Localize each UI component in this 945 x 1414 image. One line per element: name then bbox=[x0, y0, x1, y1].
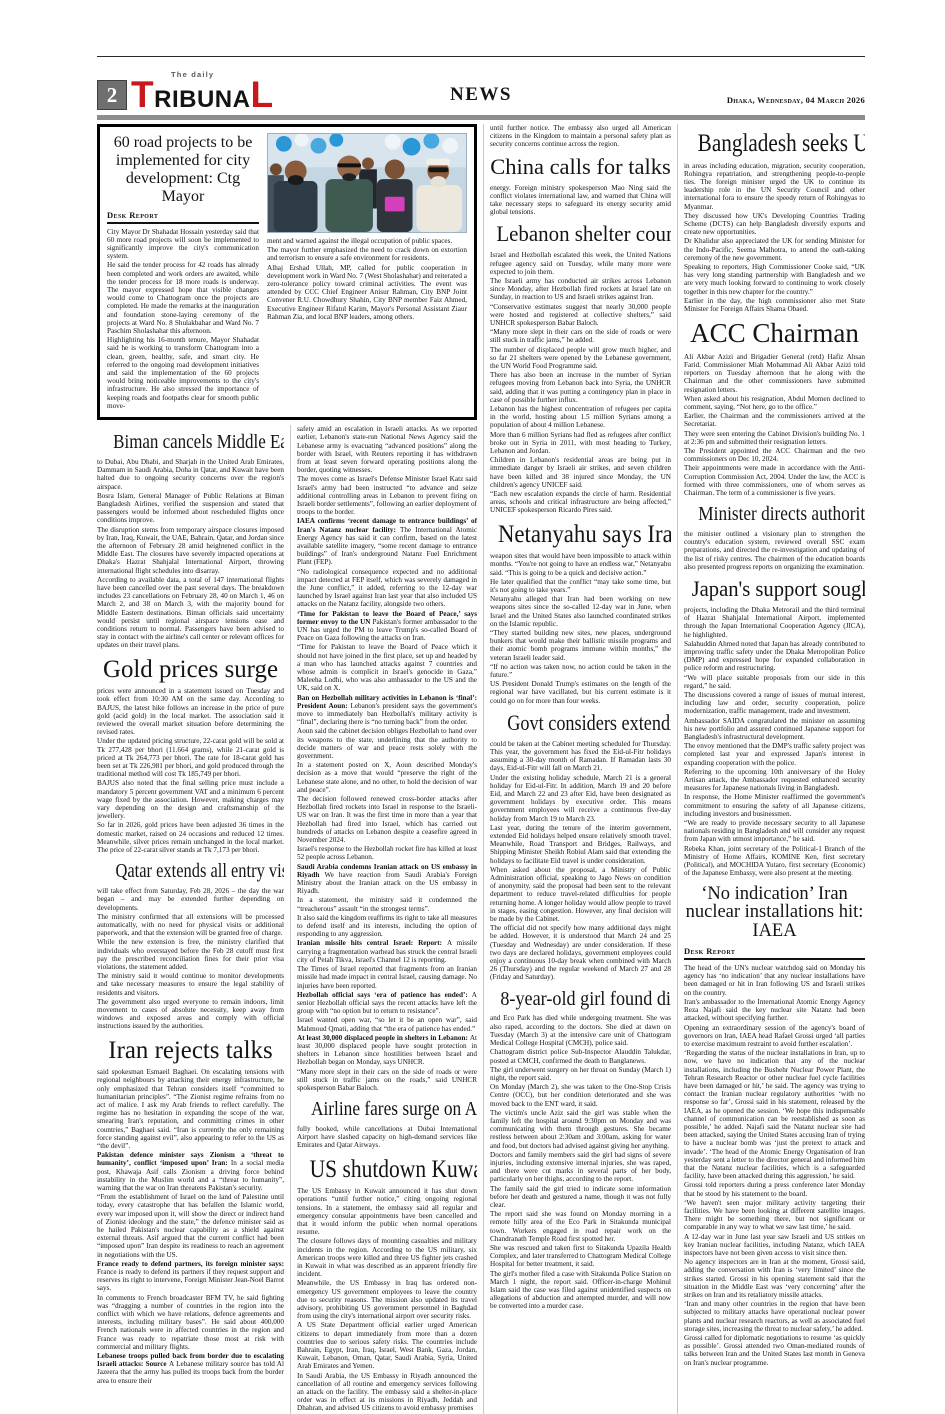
body-paragraph: Speaking to reporters, High Commissioner… bbox=[684, 263, 865, 296]
body-paragraph: “From the establishment of Israel on the… bbox=[97, 1193, 284, 1259]
article-headline: Japan's support sought bbox=[692, 578, 858, 601]
body-paragraph: On Monday (March 2), she was taken to th… bbox=[490, 1083, 671, 1108]
body-paragraph: Meanwhile, the US Embassy in Iraq has or… bbox=[297, 1279, 477, 1320]
body-paragraph: The disruption stems from temporary airs… bbox=[97, 526, 284, 575]
body-paragraph: The President appointed the ACC Chairman… bbox=[684, 447, 865, 463]
body-paragraph: When asked about his resignation, Abdul … bbox=[684, 395, 865, 411]
body-paragraph: It also said the kingdom reaffirms its r… bbox=[297, 914, 477, 939]
news-column-1: Biman cancels Middle Eastto Dubai, Abu D… bbox=[97, 425, 284, 1336]
body-paragraph: Dr Khalidur also appreciated the UK for … bbox=[684, 237, 865, 262]
paragraph-lead: Pakistan defence minister says Zionism a… bbox=[97, 1151, 284, 1167]
article-headline: US shutdown Kuwait bbox=[310, 1157, 465, 1183]
body-paragraph: Ali Akbar Azizi and Brigadier General (r… bbox=[684, 353, 865, 394]
body-paragraph: The Israeli army has conducted air strik… bbox=[490, 277, 671, 302]
body-paragraph: until further notice. The embassy also u… bbox=[490, 124, 671, 149]
body-paragraph: Rebeka Khan, joint secretary of the Poli… bbox=[684, 845, 865, 878]
body-paragraph: prices were announced in a statement iss… bbox=[97, 687, 284, 736]
body-paragraph: The victim's uncle Aziz said the girl wa… bbox=[490, 1109, 671, 1150]
body-paragraph: “We are ready to provide necessary secur… bbox=[684, 819, 865, 844]
body-paragraph: He said the tender process for 42 roads … bbox=[107, 261, 259, 335]
body-paragraph: In comments to French broadcaster BFM TV… bbox=[97, 1294, 284, 1336]
news-column-3: until further notice. The embassy also u… bbox=[483, 124, 671, 1336]
body-paragraph: Ambassador SAIDA congratulated the minis… bbox=[684, 717, 865, 742]
body-paragraph: No agency inspectors are in Iran at the … bbox=[684, 1258, 865, 1299]
body-paragraph: “Many more slept in their cars on the si… bbox=[297, 1068, 477, 1093]
body-paragraph: Ban on Hezbollah military activities in … bbox=[297, 694, 477, 727]
body-paragraph: “We will place suitable proposals from o… bbox=[684, 674, 865, 690]
byline: Desk Report bbox=[684, 946, 865, 960]
body-paragraph: She was rescued and taken first to Sitak… bbox=[490, 1244, 671, 1269]
paragraph-lead: ‘Time for Pakistan to leave the Board of… bbox=[297, 610, 477, 626]
body-paragraph: energy. Foreign ministry spokesperson Ma… bbox=[490, 184, 671, 217]
body-paragraph: The US Embassy in Kuwait announced it ha… bbox=[297, 1187, 477, 1236]
body-paragraph: The envoy mentioned that the DMP's traff… bbox=[684, 742, 865, 767]
body-paragraph: will take effect from Saturday, Feb 28, … bbox=[97, 887, 284, 912]
masthead: 2 The dailyTRIBUNAL NEWS Dhaka, Wednesda… bbox=[97, 70, 865, 110]
body-paragraph: There has also been an increase in the n… bbox=[490, 371, 671, 404]
body-paragraph: Doctors and family members said the girl… bbox=[490, 1151, 671, 1184]
body-paragraph: Earlier in the day, the high commissione… bbox=[684, 297, 865, 313]
body-paragraph: France ready to defend partners, its for… bbox=[97, 1260, 284, 1293]
lead-story-left-column: 60 road projects to be implemented for c… bbox=[107, 133, 259, 411]
body-paragraph: A 12-day war in June last year saw Israe… bbox=[684, 1233, 865, 1258]
article-headline: Gold prices surge bbox=[97, 657, 283, 683]
lead-story-box: 60 road projects to be implemented for c… bbox=[97, 124, 477, 420]
body-paragraph: Lebanon has the highest concentration of… bbox=[490, 405, 671, 430]
article-headline: Qatar extends all entry visas bbox=[116, 861, 266, 882]
body-paragraph: While the new extension is free, the min… bbox=[97, 938, 284, 971]
body-paragraph: The girl underwent surgery on her throat… bbox=[490, 1066, 671, 1082]
body-paragraph: ment and warned against the illegal occu… bbox=[267, 237, 467, 245]
body-paragraph: ‘Regarding the status of the nuclear ins… bbox=[684, 1049, 865, 1180]
body-paragraph: Pakistan defence minister says Zionism a… bbox=[97, 1151, 284, 1192]
body-paragraph: to Dubai, Abu Dhabi, and Sharjah in the … bbox=[97, 458, 284, 491]
article-headline: Biman cancels Middle East bbox=[113, 432, 268, 453]
body-paragraph: The government also urged everyone to re… bbox=[97, 998, 284, 1031]
body-paragraph: Iranian missile hits central Israel: Rep… bbox=[297, 939, 477, 964]
body-paragraph: Saudi Arabia condemns Iranian attack on … bbox=[297, 863, 477, 896]
brand-tagline: The daily bbox=[171, 70, 214, 79]
lead-byline: Desk Report bbox=[107, 210, 259, 224]
body-paragraph: “Conservative estimates suggest that nea… bbox=[490, 303, 671, 328]
body-paragraph: Grossi told reporters during a press con… bbox=[684, 1181, 865, 1197]
body-paragraph: The decision followed renewed cross-bord… bbox=[297, 795, 477, 844]
body-paragraph: At least 30,000 displaced people in shel… bbox=[297, 1034, 477, 1067]
article-headline: ACC Chairman bbox=[684, 320, 865, 348]
body-paragraph: They discussed how UK's Developing Count… bbox=[684, 212, 865, 237]
body-paragraph: More than 6 million Syrians had fled as … bbox=[490, 431, 671, 456]
body-paragraph: According to available data, a total of … bbox=[97, 576, 284, 650]
masthead-rule bbox=[97, 115, 865, 120]
paragraph-lead: Ban on Hezbollah military activities in … bbox=[297, 694, 477, 710]
crowd-figures bbox=[268, 156, 462, 232]
lead-body-right: ment and warned against the illegal occu… bbox=[267, 237, 467, 322]
body-paragraph: US President Donald Trump's estimates on… bbox=[490, 680, 671, 705]
body-paragraph: safety amid an escalation in Israeli att… bbox=[297, 425, 477, 474]
body-paragraph: He later qualified that the conflict “ma… bbox=[490, 578, 671, 594]
body-paragraph: and Eco Park has died while undergoing t… bbox=[490, 1014, 671, 1047]
body-paragraph: Aoun said the cabinet decision obliges H… bbox=[297, 727, 477, 760]
body-paragraph: Children in Lebanon's residential areas … bbox=[490, 456, 671, 489]
paragraph-lead: Hezbollah official says ‘era of patience… bbox=[297, 991, 472, 999]
body-paragraph: Chattogram district police Sub-Inspector… bbox=[490, 1048, 671, 1064]
body-paragraph: A US State Department official earlier u… bbox=[297, 1321, 477, 1336]
body-paragraph: The closure follows days of mounting cas… bbox=[297, 1237, 477, 1278]
paragraph-lead: Iranian missile hits central Israel: Rep… bbox=[297, 939, 447, 947]
news-column-4: Bangladesh seeks UKin areas including ed… bbox=[677, 124, 865, 1336]
body-paragraph: Israel wanted open war, “so let it be an… bbox=[297, 1016, 477, 1032]
lead-photo bbox=[267, 133, 467, 233]
paragraph-lead: IAEA confirms ‘recent damage to entrance… bbox=[297, 517, 477, 533]
article-headline: Govt considers extending bbox=[507, 712, 653, 735]
body-paragraph: The family said the girl tried to indica… bbox=[490, 1185, 671, 1210]
top-rule bbox=[97, 56, 865, 57]
body-paragraph: Under the existing holiday schedule, Mar… bbox=[490, 774, 671, 823]
body-paragraph: BAJUS also noted that the final selling … bbox=[97, 779, 284, 820]
article-headline: Iran rejects talks bbox=[97, 1038, 283, 1064]
lead-photo-illustration bbox=[268, 134, 466, 232]
body-paragraph: Last year, during the tenure of the inte… bbox=[490, 824, 671, 865]
body-paragraph: in areas including education, migration,… bbox=[684, 162, 865, 211]
news-column-2: safety amid an escalation in Israeli att… bbox=[290, 425, 477, 1336]
body-paragraph: could be taken at the Cabinet meeting sc… bbox=[490, 740, 671, 773]
body-paragraph: The moves come as Israel's Defense Minis… bbox=[297, 475, 477, 516]
body-paragraph: “Time for Pakistan to leave the Board of… bbox=[297, 643, 477, 692]
body-paragraph: Israel's response to the Hezbollah rocke… bbox=[297, 845, 477, 861]
body-paragraph: “No radiological consequence expected an… bbox=[297, 568, 477, 609]
body-paragraph: Alhaj Ershad Ullah, MP, called for publi… bbox=[267, 264, 467, 321]
body-paragraph: ‘We haven't seen major military activity… bbox=[684, 1199, 865, 1232]
body-paragraph: City Mayor Dr Shahadat Hossain yesterday… bbox=[107, 228, 259, 261]
article-headline: Bangladesh seeks UK bbox=[698, 131, 852, 157]
body-paragraph: The number of displaced people will grow… bbox=[490, 346, 671, 371]
body-paragraph: Opening an extraordinary session of the … bbox=[684, 1024, 865, 1049]
newspaper-page: 2 The dailyTRIBUNAL NEWS Dhaka, Wednesda… bbox=[97, 56, 865, 1336]
body-paragraph: The ministry confirmed that all extensio… bbox=[97, 913, 284, 938]
body-paragraph: IAEA confirms ‘recent damage to entrance… bbox=[297, 517, 477, 566]
body-paragraph: projects, including the Dhaka Metrorail … bbox=[684, 606, 865, 639]
body-paragraph: “If no action was taken now, no action c… bbox=[490, 663, 671, 679]
lead-headline: 60 road projects to be implemented for c… bbox=[107, 134, 259, 206]
body-paragraph: The mayor further emphasized the need to… bbox=[267, 246, 467, 262]
body-paragraph: The head of the UN's nuclear watchdog sa… bbox=[684, 964, 865, 997]
columns-1-2: Biman cancels Middle Eastto Dubai, Abu D… bbox=[97, 425, 477, 1336]
body-paragraph: weapon sites that would have been imposs… bbox=[490, 552, 671, 577]
body-paragraph: Hezbollah official says ‘era of patience… bbox=[297, 991, 477, 1016]
body-paragraph: Netanyahu alleged that Iran had been wor… bbox=[490, 595, 671, 628]
article-headline: ‘No indication’ Iran nuclear installatio… bbox=[684, 885, 865, 942]
body-paragraph: The official did not specify how many ad… bbox=[490, 924, 671, 981]
article-headline: Minister directs authorities bbox=[698, 504, 850, 525]
section-label: NEWS bbox=[97, 84, 865, 106]
body-paragraph: Their appointments were made in accordan… bbox=[684, 464, 865, 497]
article-headline: Netanyahu says Iran bbox=[498, 522, 663, 548]
body-paragraph: In response, the Home Minister reaffirme… bbox=[684, 793, 865, 818]
body-paragraph: When asked about the proposal, a Ministr… bbox=[490, 866, 671, 923]
article-headline: Airline fares surge on Asia bbox=[311, 1099, 463, 1120]
body-paragraph: “Many more slept in their cars on the si… bbox=[490, 328, 671, 344]
body-paragraph: The Times of Israel reported that fragme… bbox=[297, 965, 477, 990]
body-paragraph: Iran's ambassador to the International A… bbox=[684, 998, 865, 1023]
body-paragraph: Earlier, the Chairman and the commission… bbox=[684, 412, 865, 428]
lead-body-left: City Mayor Dr Shahadat Hossain yesterday… bbox=[107, 228, 259, 410]
body-paragraph: They were seen entering the Cabinet Divi… bbox=[684, 430, 865, 446]
body-paragraph: The discussions covered a range of issue… bbox=[684, 691, 865, 716]
body-paragraph: The report said she was found on Monday … bbox=[490, 1210, 671, 1243]
body-paragraph: ‘Time for Pakistan to leave the Board of… bbox=[297, 610, 477, 643]
body-paragraph: Highlighting his 16-month tenure, Mayor … bbox=[107, 336, 259, 410]
body-paragraph: the minister outlined a visionary plan t… bbox=[684, 530, 865, 571]
left-half: 60 road projects to be implemented for c… bbox=[97, 124, 477, 1336]
paragraph-lead: Saudi Arabia condemns Iranian attack on … bbox=[297, 863, 477, 879]
body-paragraph: In a statement posted on X, Aoun describ… bbox=[297, 761, 477, 794]
body-paragraph: In a statement, the ministry said it con… bbox=[297, 896, 477, 912]
lead-story-right-column: ment and warned against the illegal occu… bbox=[267, 133, 467, 411]
body-paragraph: said spokesman Esmaeil Baghaei. On escal… bbox=[97, 1068, 284, 1150]
body-paragraph: Israel and Hezbollah escalated this week… bbox=[490, 251, 671, 276]
body-paragraph: The ministry said it would continue to m… bbox=[97, 972, 284, 997]
paragraph-lead: At least 30,000 displaced people in shel… bbox=[297, 1034, 470, 1042]
body-paragraph: ‘Iran and many other countries in the re… bbox=[684, 1300, 865, 1333]
body-paragraph: Salahuddin Ahmed noted that Japan has al… bbox=[684, 640, 865, 673]
article-headline: Lebanon shelter count bbox=[496, 223, 664, 246]
body-paragraph: Under the updated pricing structure, 22-… bbox=[97, 737, 284, 778]
body-paragraph: “They started building new sites, new pl… bbox=[490, 629, 671, 662]
body-paragraph: Bosra Islam, General Manager of Public R… bbox=[97, 492, 284, 525]
page-columns: 60 road projects to be implemented for c… bbox=[97, 124, 865, 1336]
article-headline: China calls for talks bbox=[490, 156, 671, 179]
body-paragraph: So far in 2026, gold prices have been ad… bbox=[97, 821, 284, 854]
body-paragraph: fully booked, while cancellations at Dub… bbox=[297, 1125, 477, 1150]
article-headline: 8-year-old girl found dies bbox=[500, 989, 660, 1010]
body-paragraph: “Each new escalation expands the circle … bbox=[490, 490, 671, 515]
body-paragraph: Referring to the upcoming 10th anniversa… bbox=[684, 768, 865, 793]
body-paragraph: The girl's mother filed a case with Sita… bbox=[490, 1270, 671, 1311]
paragraph-lead: France ready to defend partners, its for… bbox=[97, 1260, 284, 1268]
